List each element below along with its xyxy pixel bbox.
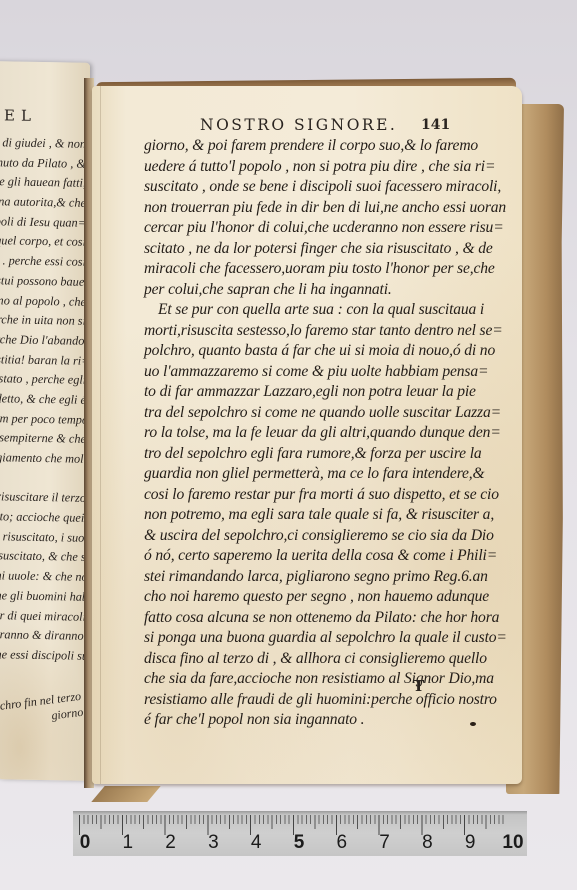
text-line: erche in uita non si: [0, 310, 86, 331]
text-line: detto, & che egli é: [0, 389, 86, 410]
text-line: disca fino al terzo di , & allhora ci co…: [144, 649, 500, 670]
text-line: uo l'ammazzaremo si come & piu uolte hab…: [144, 362, 500, 383]
paragraph-2: Et se pur con quella arte sua : con la q…: [144, 300, 500, 731]
text-line: é far che'l popol non sia ingannato .: [144, 710, 500, 731]
text-line: risuscitato, & che si: [0, 547, 86, 568]
text-line: tato; acciοche quei,: [0, 507, 86, 528]
text-line: risuscitare il terzo: [0, 488, 86, 509]
text-line: tum per poco tempo: [0, 409, 86, 430]
text-line: ostui possono baue=: [0, 271, 86, 292]
binding-flap: [91, 786, 160, 802]
ruler-label: 9: [465, 832, 476, 854]
running-head: NOSTRO SIGNORE.: [200, 116, 397, 134]
text-line: che essi discipoli suoi: [0, 645, 86, 666]
text-line: & risuscitato, i suoi: [0, 527, 86, 548]
left-running-head: EL: [4, 106, 37, 125]
text-line: quel corpo, et cosi: [0, 232, 86, 253]
ruler-label: 1: [123, 832, 134, 854]
text-line: ó nó, certo saperemo la uerita della cos…: [144, 546, 500, 567]
text-line: . perche essi cosi: [0, 251, 86, 272]
paragraph-1: giorno, & poi farem prendere il corpo su…: [144, 136, 500, 300]
text-line: di giudei , & non: [0, 133, 86, 154]
text-line: polchro, quanto basta á far che ui si mo…: [144, 341, 500, 362]
text-line: stei rimandando larca, pigliarono segno …: [144, 567, 500, 588]
text-line: ipoli di Iesu quan=: [0, 212, 86, 233]
text-line: far di quei miracoli,: [0, 606, 86, 627]
ruler-label: 3: [208, 832, 219, 854]
text-line: morti,risuscita sestesso,lo faremo star …: [144, 321, 500, 342]
left-page-text: di giudei , & nonnuto da Pilato , &he gl…: [0, 133, 86, 666]
text-line: faranno & diranno,: [0, 625, 86, 646]
ruler-label: 10: [502, 832, 523, 854]
text-line: & uscira del sepolchro,ci consiglieremo …: [144, 526, 500, 547]
text-line: guardia non gliel permetterà, ma ce lo f…: [144, 464, 500, 485]
text-line: giorno, & poi farem prendere il corpo su…: [144, 136, 500, 157]
text-line: ustitia! baran la ri=: [0, 350, 86, 371]
text-line: non trouerran piu fede in dir ben di lui…: [144, 198, 500, 219]
text-line: tra del sepolchro si come ne quando uoll…: [144, 403, 500, 424]
text-line: cercar piu l'honor di colui,che ucderann…: [144, 218, 500, 239]
text-line: per colui,che sapran che li ha ingannati…: [144, 280, 500, 301]
text-line: chi uuole: & che nó: [0, 566, 86, 587]
text-line: cho noi haremo questo per segno , non ha…: [144, 587, 500, 608]
text-line: he gli hauean fatti,: [0, 173, 86, 194]
text-line: non potremo, ma egli sara tale quale si …: [144, 505, 500, 526]
text-line: Et se pur con quella arte sua : con la q…: [144, 300, 500, 321]
text-line: si ponga una buona guardia al sepolchro …: [144, 628, 500, 649]
left-page: EL di giudei , & nonnuto da Pilato , &he…: [0, 61, 90, 781]
text-line: miracoli che facessero,uoram piu tosto l…: [144, 259, 500, 280]
text-line: erche Dio l'abando=: [0, 330, 86, 351]
text-line: ggiamento che mol-: [0, 448, 86, 469]
text-line: e stato , perche egli: [0, 369, 86, 390]
text-line: che sia da fare,acciοche non resistiamo …: [144, 669, 500, 690]
text-line: tro del sepolchro egli fara rumore,& for…: [144, 444, 500, 465]
text-line: resistiamo alle fraudi de gli huomini:pe…: [144, 690, 500, 711]
text-line: che gli buomini hab=: [0, 586, 86, 607]
ruler-label: 5: [294, 832, 305, 854]
ruler-label: 7: [379, 832, 390, 854]
text-line: fatto cosa alcuna se non ottenemo da Pil…: [144, 608, 500, 629]
ruler-label: 0: [80, 832, 91, 854]
ruler-label: 2: [165, 832, 176, 854]
ruler-label: 4: [251, 832, 262, 854]
text-line: na autorita,& che: [0, 192, 86, 213]
text-line: ro la tolse, ma la fe leuar da gli altri…: [144, 423, 500, 444]
catchword: T: [413, 677, 424, 695]
text-line: e sempiterne & che: [0, 428, 86, 449]
ruler-label: 6: [337, 832, 348, 854]
text-line: to di far ammazzar Lazzaro,egli non potr…: [144, 382, 500, 403]
scale-ruler: 012345678910: [73, 811, 527, 856]
page-number: 141: [421, 117, 450, 133]
text-line: cosi lo faremo restar pur fra morti á su…: [144, 485, 500, 506]
text-line: uedere á tutto'l popolo , non si potra p…: [144, 157, 500, 178]
body-text: giorno, & poi farem prendere il corpo su…: [144, 136, 500, 731]
text-line: [0, 468, 86, 489]
text-line: suscitato , onde se bene i discipoli suo…: [144, 177, 500, 198]
ruler-label: 8: [422, 832, 433, 854]
page-fold-line: [100, 86, 101, 784]
text-line: nuto da Pilato , &: [0, 153, 86, 174]
text-line: nno al popolo , che: [0, 291, 86, 312]
text-line: scitato , ne da lor potersi finger che s…: [144, 239, 500, 260]
